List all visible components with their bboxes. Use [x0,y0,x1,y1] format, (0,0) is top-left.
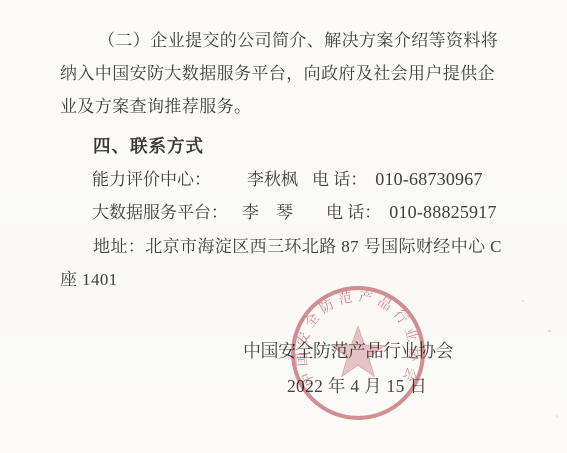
paragraph-line: （二）企业提交的公司简介、解决方案介绍等资料将 [60,24,511,57]
scan-speck [548,330,551,332]
signature-date: 2022 年 4 月 15 日 [287,373,427,399]
paragraph-item-2: （二）企业提交的公司简介、解决方案介绍等资料将 纳入中国安防大数据服务平台，向政… [60,24,511,123]
contact-row-bigdata-platform: 大数据服务平台：李 琴电 话：010-88825917 [92,196,497,229]
contact-org-label: 大数据服务平台： [92,196,228,229]
contact-person-name: 李 琴 [242,196,293,229]
paragraph-line: 业及方案查询推荐服务。 [60,90,511,123]
contact-row-evaluation-center: 能力评价中心：李秋枫电 话：010-68730967 [92,163,483,196]
phone-number: 010-68730967 [375,163,482,196]
phone-label: 电 话： [312,163,367,196]
signature-organization: 中国安全防范产品行业协会 [243,338,453,364]
section-heading-contact: 四、联系方式 [93,130,204,163]
paragraph-line: 纳入中国安防大数据服务平台，向政府及社会用户提供企 [60,57,511,90]
address-line: 座 1401 [60,263,517,296]
address-line: 地址：北京市海淀区西三环北路 87 号国际财经中心 C [60,230,517,263]
contact-person-name: 李秋枫 [247,163,298,196]
contact-org-label: 能力评价中心： [92,163,211,196]
scan-speck [522,300,524,302]
phone-number: 010-88825917 [389,196,496,229]
phone-label: 电 话： [326,196,381,229]
scan-speck [556,415,558,418]
scanned-document-page: （二）企业提交的公司简介、解决方案介绍等资料将 纳入中国安防大数据服务平台，向政… [0,0,567,453]
address-block: 地址：北京市海淀区西三环北路 87 号国际财经中心 C 座 1401 [60,230,517,296]
